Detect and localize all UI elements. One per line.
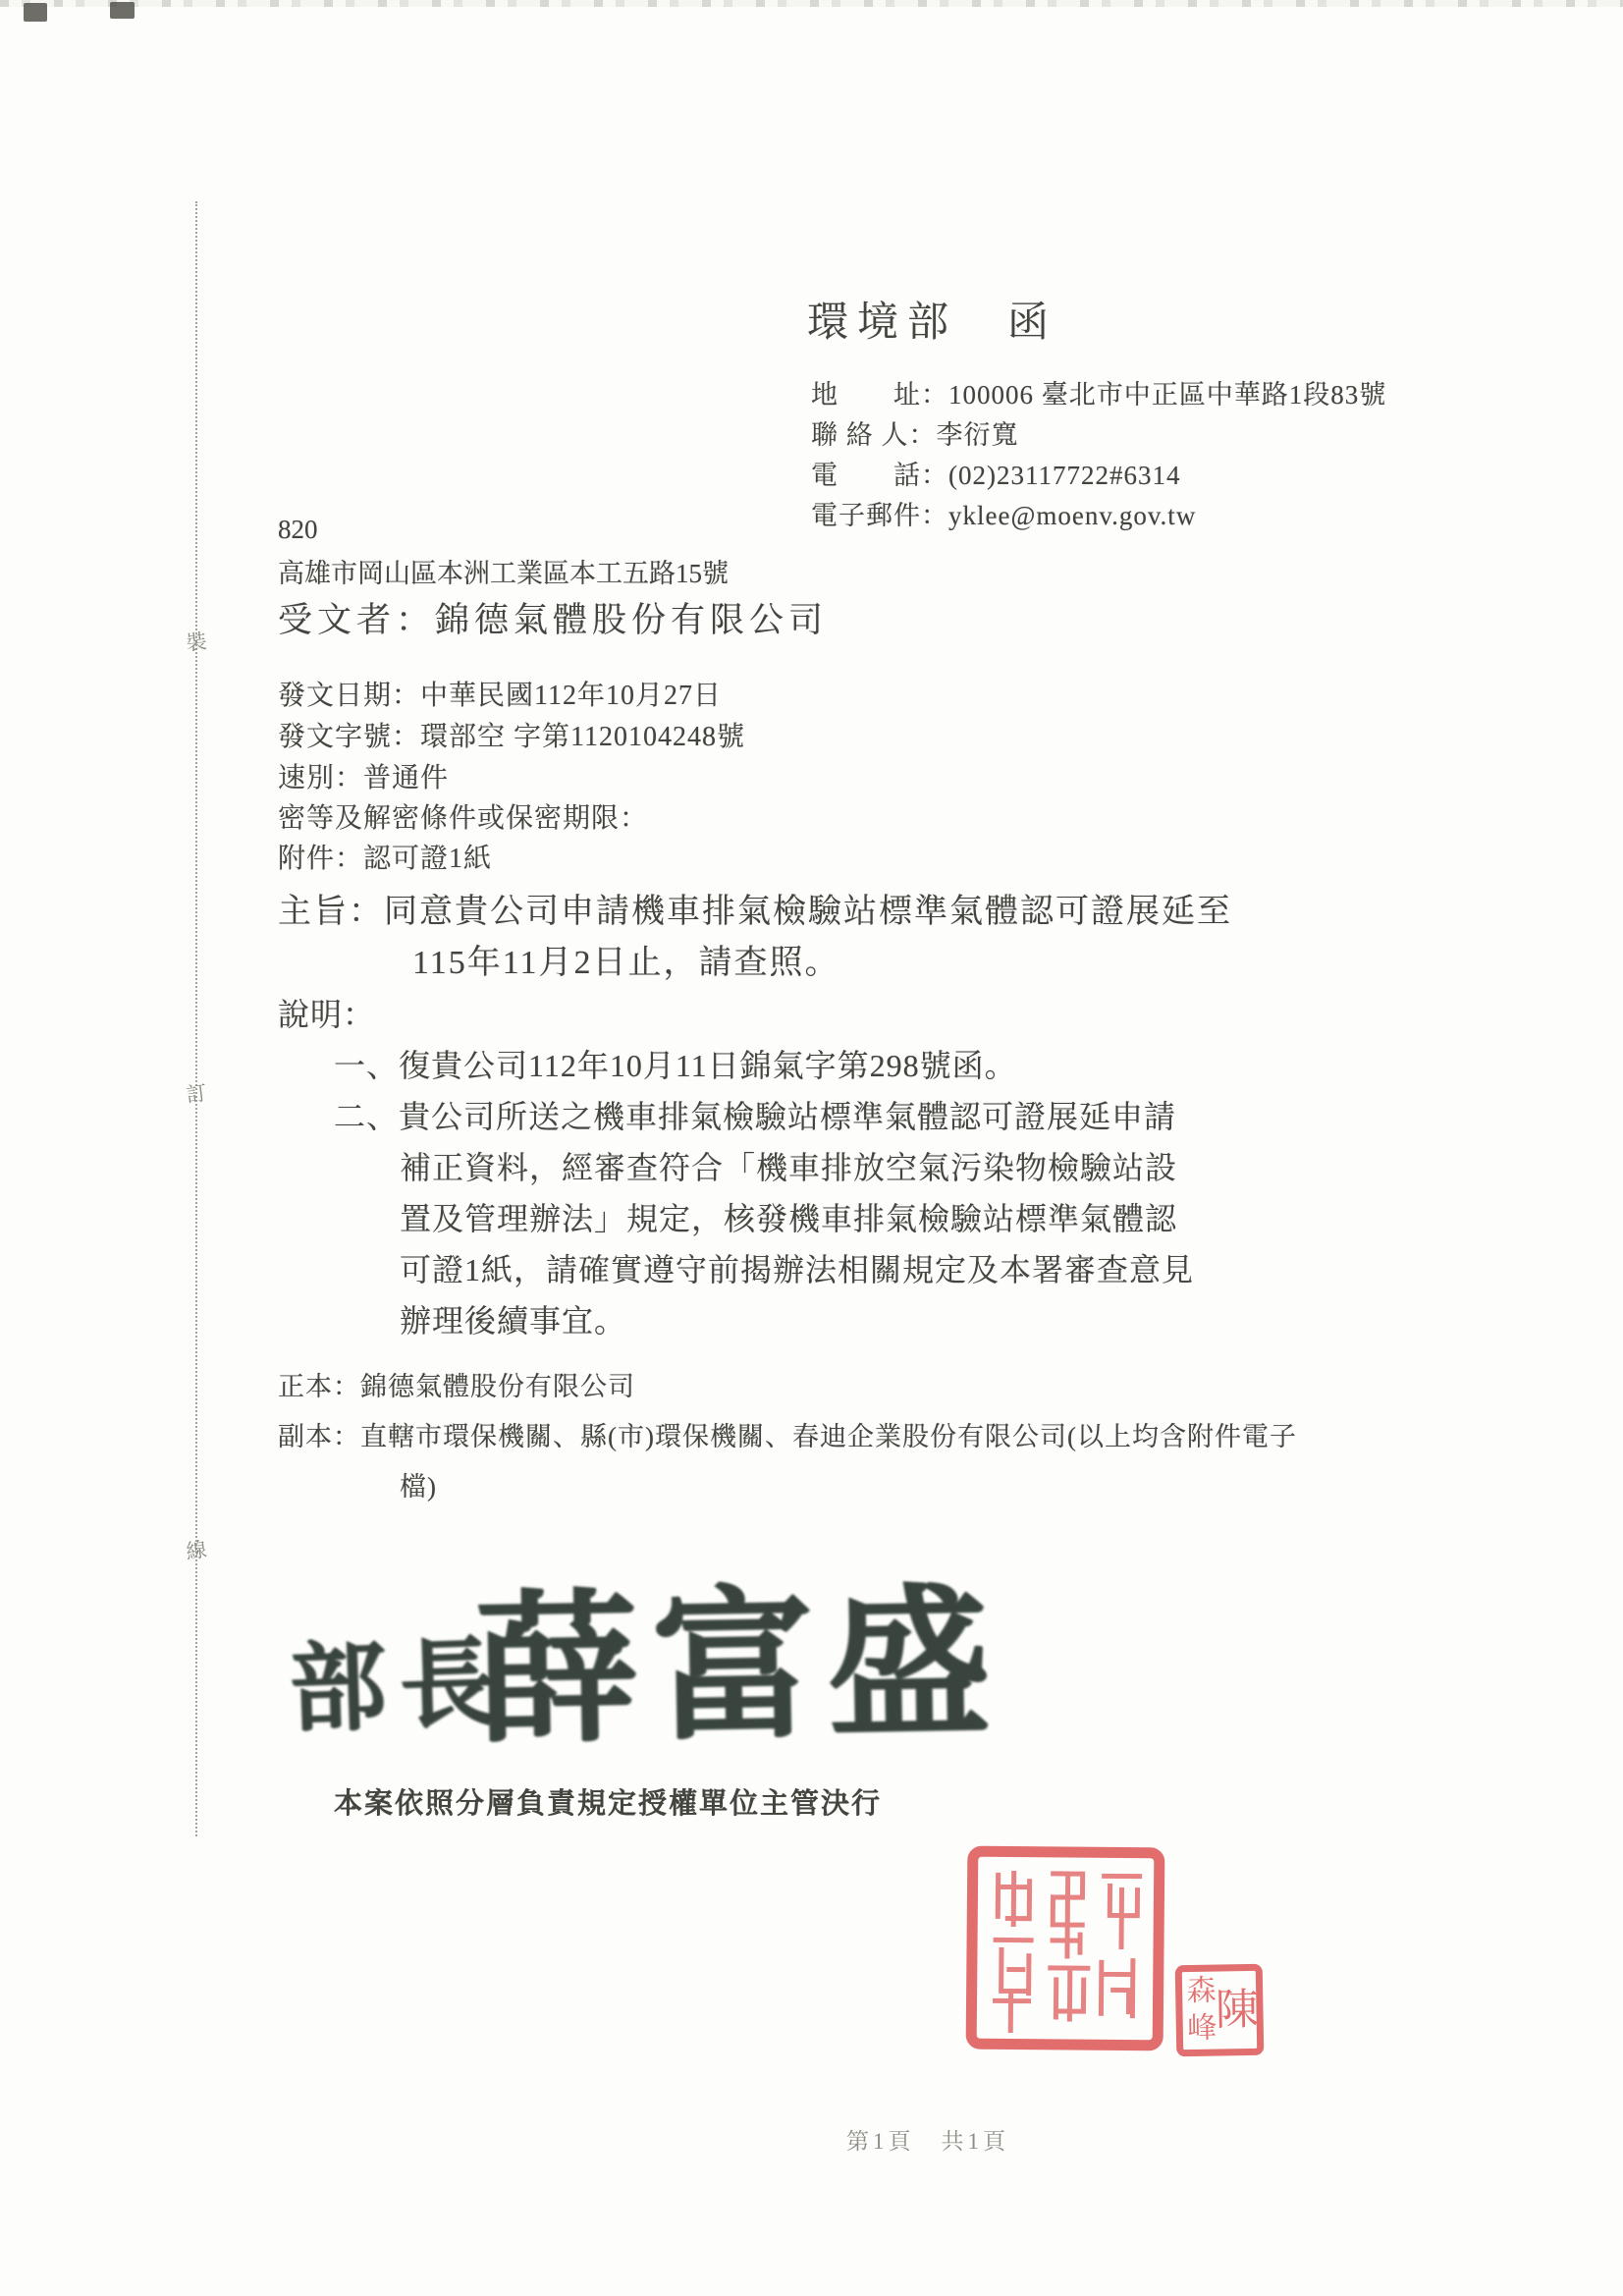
official-agency-seal-stamp <box>965 1845 1165 2051</box>
binding-mark-zhuang: 裝 <box>173 624 219 658</box>
sender-address: 地 址：100006 臺北市中正區中華路1段83號 <box>811 373 1386 411</box>
explanation-item-2-line-1: 二、貴公司所送之機車排氣檢驗站標準氣體認可證展延申請 <box>334 1092 1176 1137</box>
subject-line-2: 115年11月2日止，請查照。 <box>412 935 839 983</box>
name-seal-graphic: 陳 森 峰 <box>1174 1963 1265 2057</box>
personal-name-seal-stamp: 陳 森 峰 <box>1174 1963 1265 2057</box>
binding-mark-ding: 訂 <box>173 1075 219 1110</box>
scan-artifact <box>24 3 47 22</box>
page-footer: 第1頁 共1頁 <box>846 2123 1009 2156</box>
explanation-item-2-line-2: 補正資料，經審查符合「機車排放空氣污染物檢驗站設 <box>400 1143 1177 1188</box>
scan-noise-edge <box>0 0 1623 7</box>
speed-line: 速別：普通件 <box>278 756 449 795</box>
explanation-item-2-line-4: 可證1紙，請確實遵守前揭辦法相關規定及本署審查意見 <box>400 1245 1194 1290</box>
name-seal-char-left-top: 森 <box>1186 1975 1217 2008</box>
name-seal-char-right: 陳 <box>1216 1986 1260 2035</box>
recipient-postal-code: 820 <box>278 515 318 545</box>
scan-artifact <box>110 2 135 19</box>
cc-copy-line-2: 檔) <box>400 1465 437 1503</box>
binding-dotted-line <box>195 201 197 1836</box>
attachment-line: 附件：認可證1紙 <box>278 837 492 876</box>
official-seal-graphic <box>965 1845 1165 2051</box>
explanation-item-2-line-5: 辦理後續事宜。 <box>400 1296 626 1341</box>
recipient-address: 高雄市岡山區本洲工業區本工五路15號 <box>278 552 729 590</box>
delegation-note: 本案依照分層負責規定授權單位主管決行 <box>334 1781 882 1822</box>
explanation-heading: 說明： <box>278 990 375 1035</box>
recipient-line: 受文者：錦德氣體股份有限公司 <box>278 593 828 642</box>
explanation-item-2-line-3: 置及管理辦法」規定，核發機車排氣檢驗站標準氣體認 <box>400 1194 1177 1239</box>
scanned-letter-page: 裝 訂 線 環境部 函 地 址：100006 臺北市中正區中華路1段83號 聯 … <box>0 0 1623 2296</box>
binding-mark-xian: 線 <box>173 1532 219 1566</box>
sender-contact: 聯 絡 人：李衍寬 <box>811 413 1019 452</box>
letter-title: 環境部 函 <box>807 290 1057 349</box>
sender-phone: 電 話：(02)23117722#6314 <box>811 454 1180 492</box>
minister-name-calligraphy: 薛富盛 <box>474 1532 1005 1774</box>
doc-number-line: 發文字號：環部空 字第1120104248號 <box>278 715 745 754</box>
cc-copy-line-1: 副本：直轄市環保機關、縣(市)環保機關、春迪企業股份有限公司(以上均含附件電子 <box>278 1415 1297 1453</box>
name-seal-char-left-bottom: 峰 <box>1187 2012 1217 2046</box>
subject-line-1: 主旨：同意貴公司申請機車排氣檢驗站標準氣體認可證展延至 <box>278 884 1232 932</box>
sender-email: 電子郵件：yklee@moenv.gov.tw <box>811 494 1196 532</box>
explanation-item-1: 一、復貴公司112年10月11日錦氣字第298號函。 <box>334 1041 1017 1086</box>
original-copy-line: 正本：錦德氣體股份有限公司 <box>278 1365 635 1403</box>
security-line: 密等及解密條件或保密期限： <box>278 796 648 836</box>
issue-date-line: 發文日期：中華民國112年10月27日 <box>278 674 722 713</box>
